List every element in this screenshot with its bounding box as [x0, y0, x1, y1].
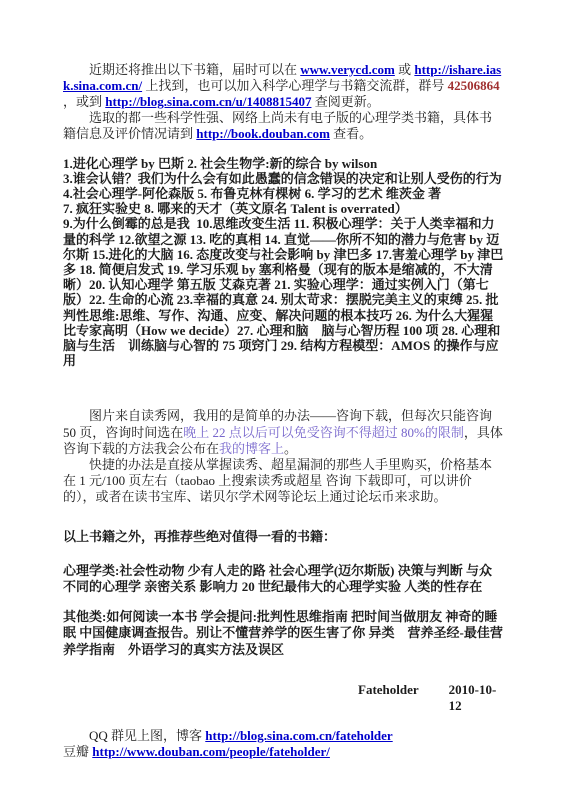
intro-text: 或 — [395, 62, 415, 77]
download-method-paragraph: 图片来自读秀网，我用的是简单的办法——咨询下载，但每次只能咨询 50 页，咨询时… — [63, 408, 504, 456]
footer-douban-line: 豆瓣 http://www.douban.com/people/fatehold… — [63, 744, 504, 760]
fateholder-douban-link[interactable]: http://www.douban.com/people/fateholder/ — [92, 744, 330, 759]
footer-text: QQ 群见上图，博客 — [89, 728, 205, 743]
footer-text: 豆瓣 — [63, 744, 92, 759]
recommend-intro: 以上书籍之外，再推荐些绝对值得一看的书籍： — [63, 529, 504, 545]
verycd-link[interactable]: www.verycd.com — [300, 62, 395, 77]
my-blog-highlight: 我的博客上 — [219, 441, 284, 456]
intro-text: 近期还将推出以下书籍，届时可以在 — [89, 62, 300, 77]
intro-paragraph-1: 近期还将推出以下书籍，届时可以在 www.verycd.com 或 http:/… — [63, 62, 504, 110]
fateholder-blog-link[interactable]: http://blog.sina.com.cn/fateholder — [205, 728, 392, 743]
signature-line: Fateholder 2010-10-12 — [63, 682, 504, 714]
method-text: 。 — [284, 441, 297, 456]
qq-group-number: 42506864 — [448, 78, 500, 93]
document-page: 近期还将推出以下书籍，届时可以在 www.verycd.com 或 http:/… — [0, 0, 566, 800]
time-limit-highlight: 晚上 22 点以后可以免受咨询不得超过 80%的限制 — [183, 425, 464, 440]
purchase-method-paragraph: 快捷的办法是直接从掌握读秀、超星漏洞的那些人手里购买，价格基本在 1 元/100… — [63, 457, 504, 505]
intro-text: 查看。 — [330, 126, 372, 141]
other-recommendations: 其他类:如何阅读一本书 学会提问:批判性思维指南 把时间当做朋友 神奇的睡眠 中… — [63, 609, 504, 657]
sina-blog-update-link[interactable]: http://blog.sina.com.cn/u/1408815407 — [105, 94, 311, 109]
intro-paragraph-2: 选取的都一些科学性强、网络上尚未有电子版的心理学类书籍，具体书籍信息及评价情况请… — [63, 110, 504, 142]
document-content: 近期还将推出以下书籍，届时可以在 www.verycd.com 或 http:/… — [0, 0, 566, 760]
book-list: 1.进化心理学 by 巴斯 2. 社会生物学:新的综合 by wilson 3.… — [63, 156, 504, 369]
intro-text: 查阅更新。 — [311, 94, 379, 109]
intro-text: 上找到，也可以加入科学心理学与书籍交流群，群号 — [142, 78, 448, 93]
intro-text: ，或到 — [63, 94, 105, 109]
douban-books-link[interactable]: http://book.douban.com — [196, 126, 330, 141]
signature-date: 2010-10-12 — [449, 682, 504, 714]
psychology-recommendations: 心理学类:社会性动物 少有人走的路 社会心理学(迈尔斯版) 决策与判断 与众不同… — [63, 563, 504, 595]
footer-contacts: QQ 群见上图，博客 http://blog.sina.com.cn/fateh… — [63, 728, 504, 760]
signature-name: Fateholder — [358, 682, 419, 714]
download-method-section: 图片来自读秀网，我用的是简单的办法——咨询下载，但每次只能咨询 50 页，咨询时… — [63, 408, 504, 505]
footer-blog-line: QQ 群见上图，博客 http://blog.sina.com.cn/fateh… — [63, 728, 504, 744]
